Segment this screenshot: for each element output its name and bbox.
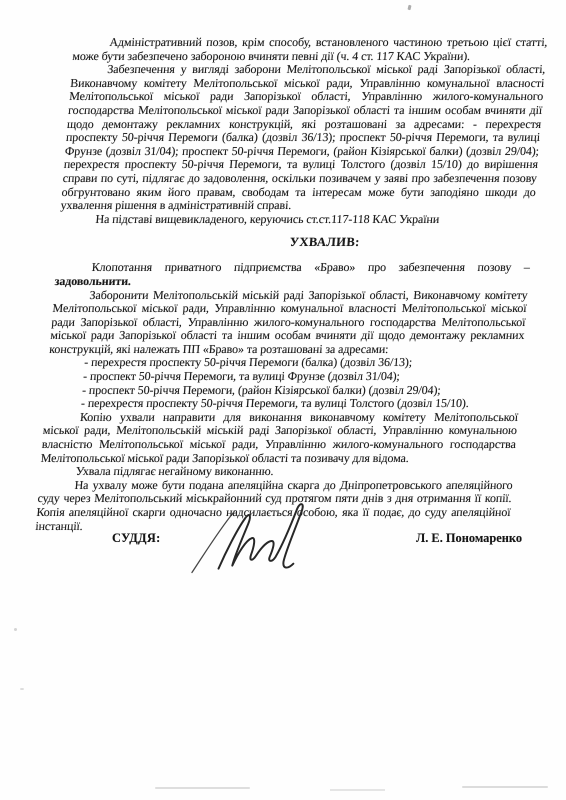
scan-streak	[330, 789, 385, 791]
scan-speck	[20, 688, 24, 690]
scan-speck	[407, 5, 411, 11]
judge-label: СУДДЯ:	[112, 531, 161, 546]
document-text-block: Адміністративний позов, крім способу, вс…	[35, 36, 548, 533]
motion-result-bold: задовольнити.	[54, 274, 131, 288]
paragraph-admin-claim: Адміністративний позов, крім способу, вс…	[72, 36, 548, 63]
scanned-court-document: Адміністративний позов, крім способу, вс…	[0, 0, 566, 800]
immediate-execution-line: Ухвала підлягає негайному виконанню.	[39, 465, 514, 479]
motion-text: Клопотання приватного підприємства «Брав…	[91, 260, 530, 274]
scan-streak	[155, 787, 250, 789]
address-list-item: - проспект 50-річчя Перемоги, (район Кіз…	[46, 384, 521, 398]
address-list-item: - проспект 50-річчя Перемоги, та вулиці …	[47, 370, 522, 384]
ruling-heading: УХВАЛИВ:	[87, 235, 562, 249]
copy-distribution-paragraph: Копію ухвали направити для виконання вик…	[40, 411, 518, 465]
legal-basis-line: На підставі вищевикладеного, керуючись с…	[59, 213, 534, 227]
judge-name: Л. Е. Пономаренко	[416, 531, 522, 546]
signature-row: СУДДЯ: Л. Е. Пономаренко	[0, 531, 566, 591]
address-list-item: - перехрестя проспекту 50-річчя Перемоги…	[48, 356, 523, 370]
scan-streak	[462, 786, 548, 788]
address-list-item: - перехрестя проспекту 50-річчя Перемоги…	[44, 397, 519, 411]
motion-result-line: Клопотання приватного підприємства «Брав…	[54, 261, 530, 288]
judge-signature-icon	[188, 498, 316, 586]
prohibition-paragraph: Заборонити Мелітопольській міській раді …	[49, 289, 528, 357]
scan-speck	[14, 628, 17, 631]
paragraph-securing-claim: Забезпечення у вигляді заборони Мелітопо…	[60, 63, 546, 213]
